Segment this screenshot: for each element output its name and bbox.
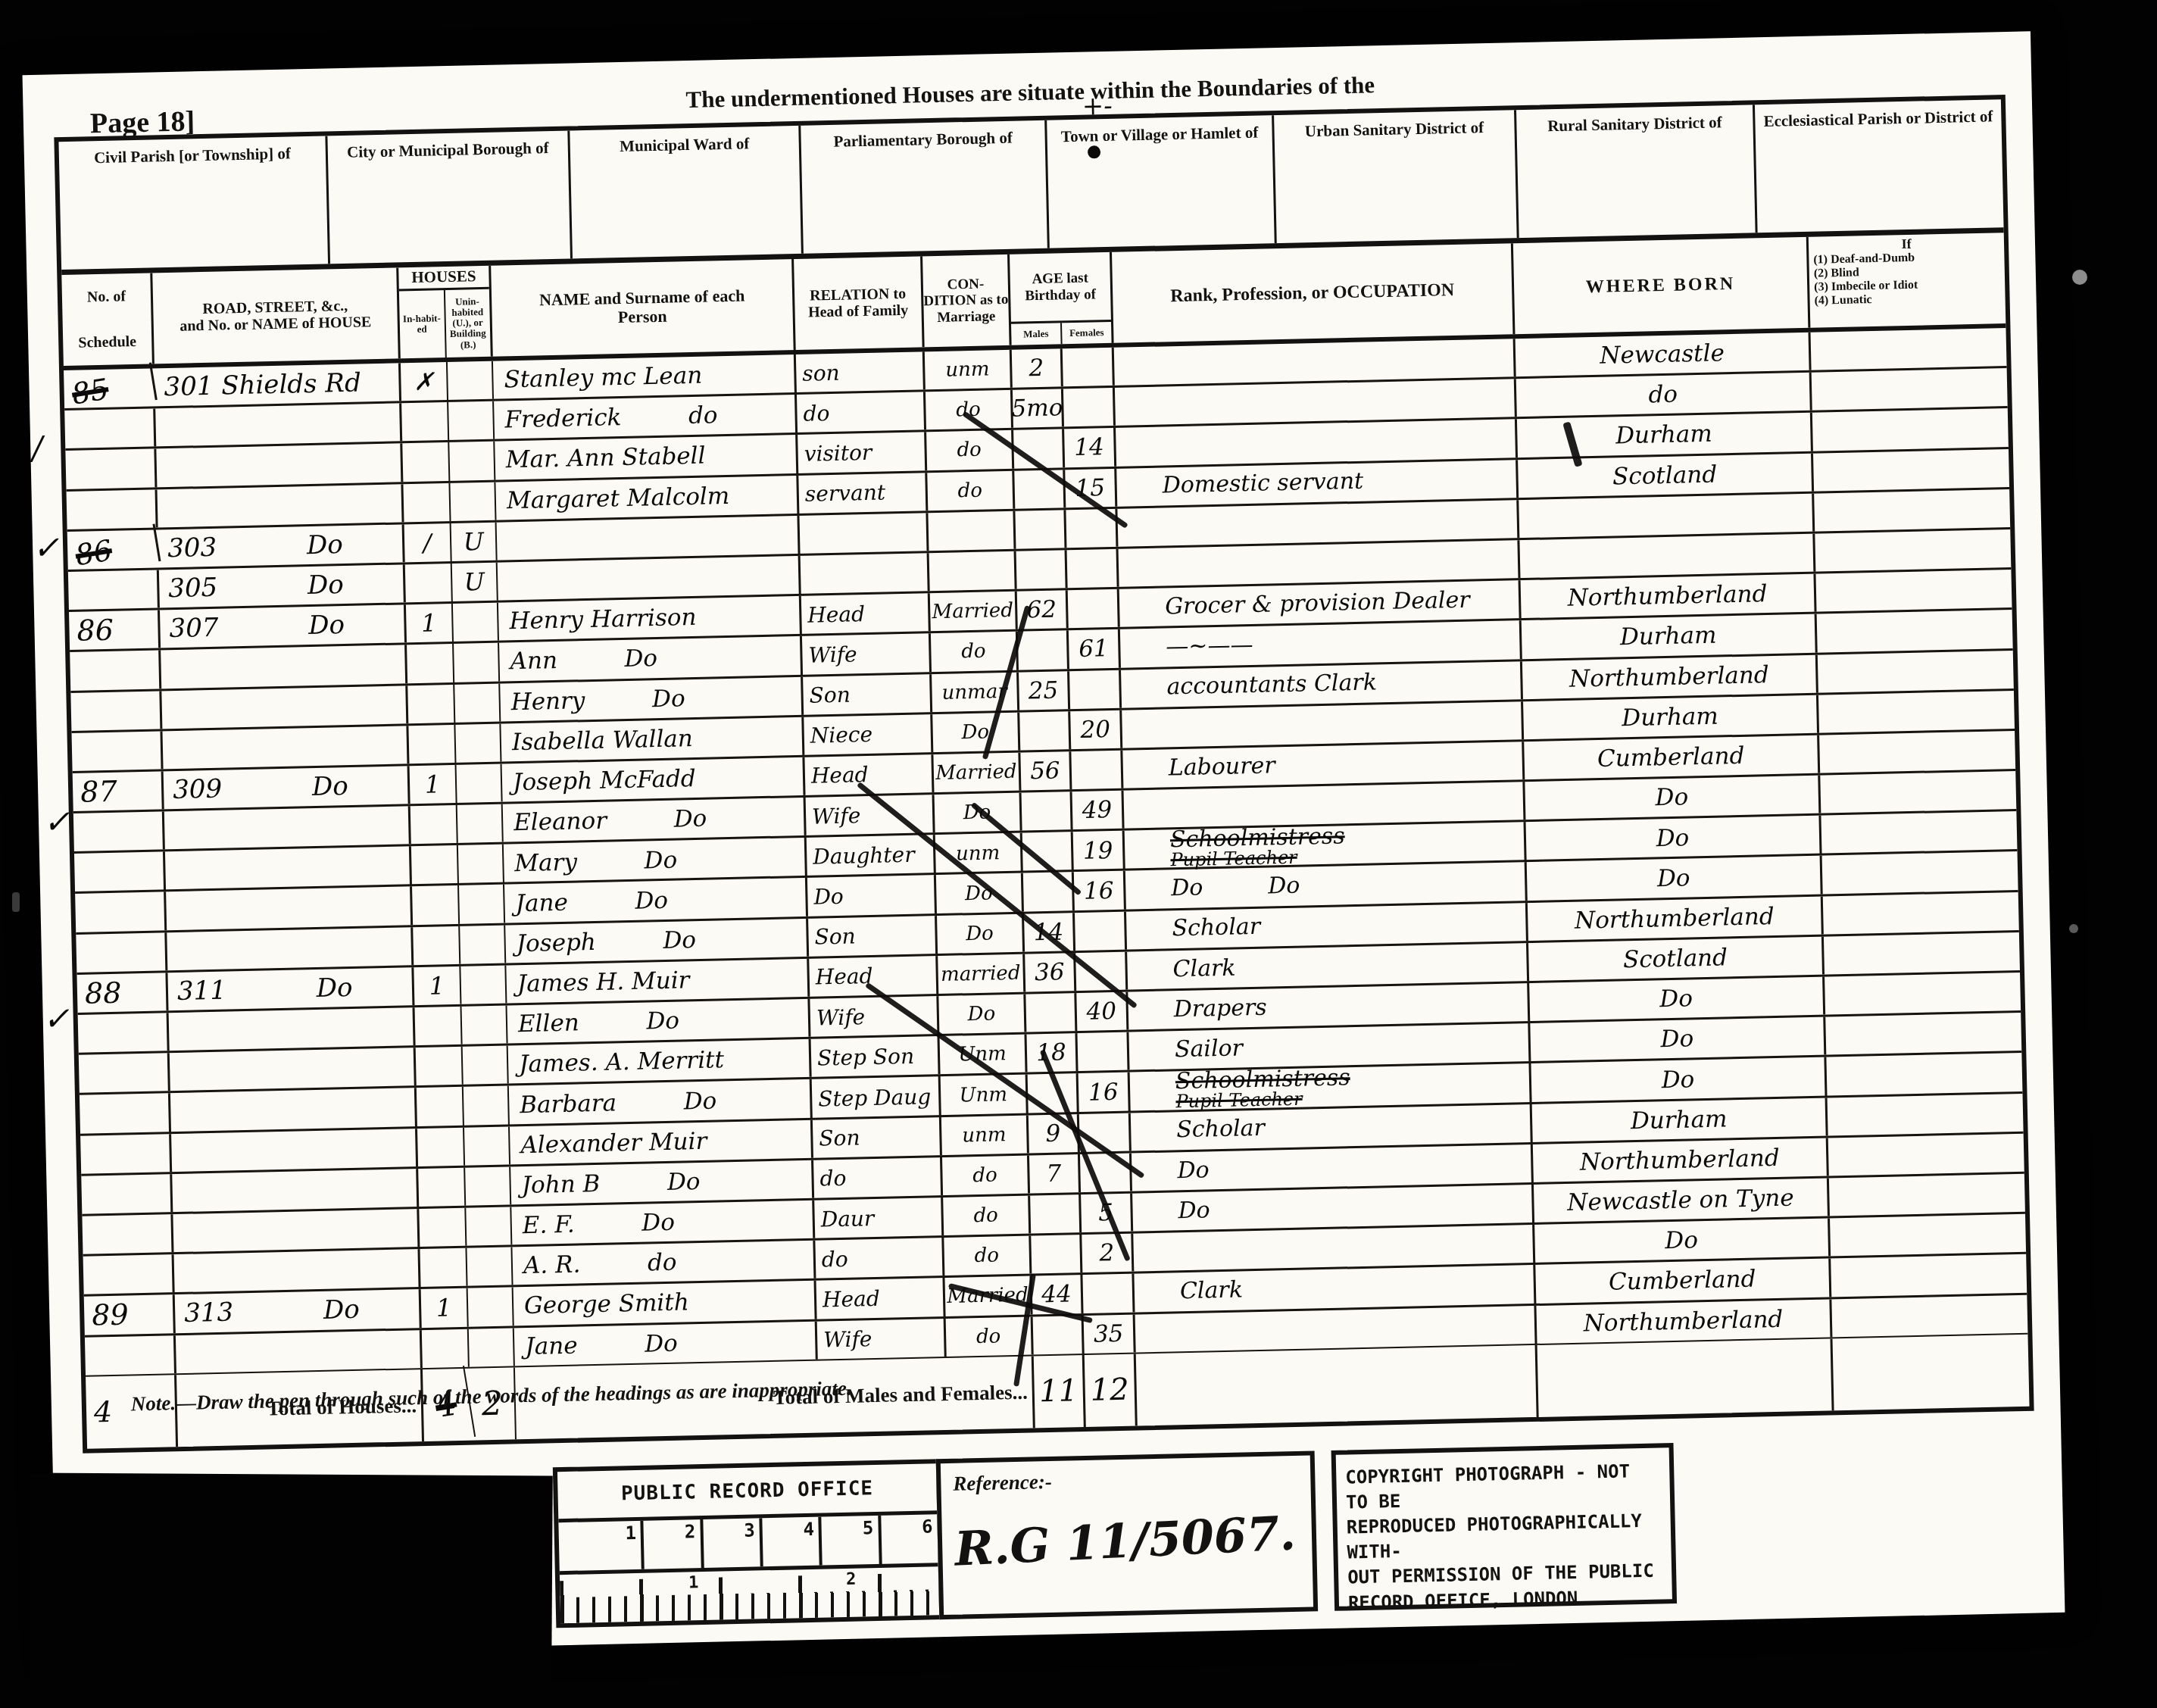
cell-where-born: Durham (1523, 695, 1819, 739)
cell-infirmity (1829, 1174, 2025, 1216)
cell-schedule (70, 691, 162, 731)
cell-uninhabited (454, 683, 501, 722)
cell-inhabited (407, 644, 454, 683)
cell-uninhabited (459, 885, 505, 923)
cell-inhabited: ✗ (401, 362, 448, 401)
cell-person-name (497, 516, 801, 560)
cell-road: 305 Do (159, 564, 406, 607)
cell-where-born: Scotland (1528, 936, 1825, 981)
cell-schedule (75, 892, 167, 932)
cell-age-female: 49 (1072, 791, 1125, 830)
cell-age-female (1075, 911, 1127, 951)
header-municipal-ward: Municipal Ward of (570, 126, 804, 259)
cell-relation: Head (816, 1278, 946, 1319)
cell-road (161, 645, 407, 689)
cell-infirmity (1818, 651, 2014, 693)
scan-blemish (12, 892, 20, 912)
cell-age-male: 56 (1020, 751, 1072, 791)
cell-schedule (81, 1174, 173, 1214)
cell-person-name (498, 556, 801, 601)
reference-label: Reference:- (953, 1465, 1299, 1496)
cell-infirmity (1831, 1294, 2027, 1337)
cell-road: 313 Do (175, 1289, 422, 1332)
cell-inhabited: 1 (410, 765, 457, 804)
header-ecclesiastical-parish: Ecclesiastical Parish or District of (1755, 99, 2004, 233)
cell-person-name: Ann Do (499, 636, 803, 681)
cell-uninhabited: U (451, 522, 498, 560)
cell-age-female: 14 (1064, 428, 1116, 467)
cell-where-born (1519, 534, 1815, 579)
cell-relation: do (813, 1157, 943, 1198)
cell-where-born: Scotland (1518, 453, 1814, 498)
cell-infirmity (1817, 610, 2013, 652)
cell-age-male: 7 (1029, 1154, 1081, 1194)
cell-road (165, 846, 412, 890)
pro-copyright-box: COPYRIGHT PHOTOGRAPH - NOT TO BE REPRODU… (1331, 1443, 1678, 1611)
pro-inch-scale: 1 2 3 4 5 6 (558, 1514, 938, 1575)
cell-age-female: 16 (1074, 871, 1126, 910)
cell-condition: Married (930, 592, 1018, 632)
cell-where-born: Durham (1532, 1098, 1828, 1142)
cell-road (171, 1129, 418, 1172)
totals-females: 12 (1085, 1354, 1138, 1426)
cell-uninhabited (464, 1086, 510, 1126)
cell-condition: do (944, 1236, 1032, 1276)
cell-schedule: 89 (84, 1294, 176, 1335)
cell-relation: Wife (810, 996, 939, 1037)
cell-age-male (1031, 1235, 1082, 1274)
cell-condition: unm (941, 1115, 1029, 1155)
col-condition: CON-DITION as to Marriage (922, 254, 1012, 347)
cell-where-born: Do (1527, 856, 1823, 901)
cell-infirmity (1826, 1053, 2022, 1096)
cell-occupation (1116, 420, 1518, 467)
cell-inhabited (408, 725, 456, 764)
pro-cm-ruler: 1 2 (560, 1566, 939, 1623)
cell-relation: Daughter (807, 835, 936, 876)
cell-person-name: Mary Do (504, 838, 807, 883)
col-males: Males (1011, 323, 1063, 345)
col-uninhabited: Unin-habited (U.), or Building (B.) (445, 289, 490, 358)
cell-condition (928, 511, 1016, 551)
cell-occupation (1123, 782, 1525, 829)
cell-where-born: Do (1526, 816, 1822, 861)
cell-road: 301 Shields Rd (155, 363, 401, 406)
cell-occupation: Do Do (1125, 863, 1528, 910)
cell-schedule: 88 (76, 973, 168, 1013)
cell-infirmity (1824, 932, 2020, 975)
cell-inhabited (418, 1168, 466, 1207)
cell-relation: Wife (817, 1318, 947, 1359)
cell-inhabited (416, 1047, 464, 1086)
col-name: NAME and Surname of each Person (491, 259, 796, 357)
cell-person-name: Joseph Do (505, 918, 809, 963)
cell-inhabited (415, 1007, 463, 1046)
cell-uninhabited (463, 1046, 509, 1085)
cell-road (156, 444, 403, 487)
cell-infirmity (1819, 731, 2015, 773)
cell-where-born: Do (1525, 776, 1821, 820)
cell-uninhabited (450, 482, 496, 520)
col-schedule: No. of Schedule (61, 273, 155, 366)
cell-where-born: Newcastle on Tyne (1534, 1178, 1830, 1222)
cell-inhabited (403, 483, 451, 523)
cell-relation: son (796, 351, 926, 392)
cell-schedule (80, 1094, 171, 1135)
cell-occupation: SchoolmistressPupil Teacher (1125, 822, 1527, 870)
cell-uninhabited (449, 442, 495, 480)
cell-relation: Son (808, 916, 938, 957)
cell-where-born: Cumberland (1535, 1259, 1831, 1304)
cell-inhabited (422, 1329, 470, 1368)
header-municipal-borough: City or Municipal Borough of (327, 130, 573, 264)
cell-person-name: A. R. do (512, 1241, 816, 1285)
cell-uninhabited (455, 723, 501, 762)
cell-age-female (1082, 1274, 1135, 1313)
pro-stamp: PUBLIC RECORD OFFICE 1 2 3 4 5 6 1 2 Ref… (553, 1443, 1677, 1628)
cell-where-born: Newcastle (1516, 333, 1812, 377)
cell-condition: do (942, 1155, 1030, 1195)
cell-age-male (1030, 1194, 1082, 1234)
cell-condition: do (943, 1195, 1031, 1235)
census-table: Civil Parish [or Township] of City or Mu… (54, 95, 2034, 1453)
cell-occupation: Drapers (1128, 983, 1530, 1030)
cell-relation: servant (798, 473, 928, 514)
cell-age-male (1015, 510, 1066, 549)
scanned-census-page: Page 18] The undermentioned Houses are s… (0, 0, 2157, 1708)
cell-relation: Do (807, 876, 937, 916)
cell-person-name: James. A. Merritt (508, 1039, 812, 1084)
cell-inhabited (417, 1087, 464, 1127)
cell-schedule (74, 852, 166, 893)
cell-relation: Step Son (811, 1036, 941, 1077)
cell-road (170, 1088, 417, 1132)
cell-person-name: James H. Muir (506, 959, 810, 1004)
cell-occupation (1119, 540, 1521, 587)
cell-where-born: Northumberland (1528, 896, 1824, 941)
cell-infirmity (1818, 691, 2015, 733)
cell-uninhabited (457, 804, 504, 843)
cell-condition: do (931, 632, 1019, 672)
cell-occupation (1114, 339, 1516, 386)
cell-age-male (1025, 993, 1077, 1032)
cell-age-male (1022, 792, 1073, 831)
cell-person-name: Henry Do (500, 676, 804, 721)
cell-road: 303 Do (158, 524, 405, 567)
cell-relation: Son (803, 674, 932, 715)
pro-reference-box: Reference:- R.G 11/5067. (936, 1450, 1319, 1619)
cell-where-born: Do (1531, 1057, 1827, 1103)
cell-age-female (1068, 589, 1120, 629)
cell-relation (801, 553, 930, 594)
margin-check: ✓ (33, 529, 60, 567)
cell-person-name: Margaret Malcolm (495, 476, 799, 520)
cell-road (173, 1209, 420, 1252)
reference-value: R.G 11/5067. (954, 1505, 1301, 1577)
cell-road (166, 887, 413, 930)
cell-schedule (83, 1254, 175, 1294)
col-age: AGE last Birthday of Males Females (1010, 252, 1114, 345)
cell-age-female: 61 (1069, 629, 1121, 669)
cell-road (170, 1048, 417, 1091)
margin-check: ✓ (43, 803, 70, 841)
cell-relation: Wife (802, 633, 932, 674)
cell-uninhabited (460, 965, 507, 1004)
cell-schedule (68, 570, 160, 610)
cell-where-born: Northumberland (1533, 1138, 1829, 1182)
cell-person-name: Jane Do (514, 1321, 818, 1366)
cell-occupation: Scholar (1131, 1104, 1533, 1151)
cell-schedule (85, 1335, 176, 1375)
cell-relation: do (815, 1238, 944, 1279)
cell-inhabited (402, 442, 450, 482)
cell-person-name: Stanley mc Lean (493, 354, 797, 399)
cell-occupation: Scholar (1126, 903, 1528, 950)
cell-inhabited: 1 (414, 966, 461, 1006)
cell-where-born: Northumberland (1522, 654, 1818, 699)
pro-ruler-box: PUBLIC RECORD OFFICE 1 2 3 4 5 6 1 2 (553, 1459, 944, 1628)
cell-inhabited (419, 1208, 467, 1247)
cell-person-name: Frederick do (494, 395, 798, 439)
cell-relation (799, 513, 929, 554)
cell-uninhabited (460, 925, 506, 963)
cell-infirmity (1811, 328, 2007, 370)
cell-age-male: 14 (1024, 913, 1075, 952)
cell-uninhabited (467, 1247, 513, 1286)
cell-age-female (1069, 670, 1122, 709)
col-relation: RELATION to Head of Family (794, 256, 925, 350)
cell-road (169, 1007, 416, 1051)
cell-age-female (1075, 951, 1128, 991)
cell-infirmity (1821, 811, 2017, 854)
cell-schedule (72, 731, 164, 771)
cell-uninhabited (468, 1288, 514, 1326)
cell-schedule: 87 (73, 771, 164, 811)
cell-relation: Step Daug (812, 1076, 941, 1118)
cell-person-name: Joseph McFadd (502, 757, 806, 802)
cell-condition: do (927, 470, 1015, 511)
cell-infirmity (1815, 529, 2011, 572)
cell-age-female (1071, 751, 1123, 790)
cell-road (161, 685, 408, 729)
cell-road: 309 Do (164, 766, 410, 809)
cell-occupation (1117, 500, 1519, 547)
cell-relation: Daur (814, 1197, 944, 1238)
cell-road (162, 726, 409, 769)
cell-relation: do (797, 392, 926, 432)
cell-infirmity (1828, 1093, 2024, 1135)
cell-age-female (1079, 1113, 1132, 1152)
cell-occupation: SchoolmistressPupil Teacher (1130, 1063, 1532, 1111)
col-road: ROAD, STREET, &c., and No. or NAME of HO… (152, 267, 401, 364)
cell-uninhabited (469, 1328, 515, 1366)
cell-age-male (1023, 873, 1075, 912)
header-rural-sanitary: Rural Sanitary District of (1516, 105, 1758, 238)
pro-office-name: PUBLIC RECORD OFFICE (557, 1463, 937, 1522)
cell-condition: Do (937, 913, 1025, 954)
cell-age-male: 5mo (1013, 389, 1064, 428)
cell-age-male (1018, 631, 1069, 670)
cell-schedule (80, 1134, 172, 1174)
cell-uninhabited (448, 401, 495, 440)
cell-schedule (78, 1013, 170, 1053)
cell-age-male (1033, 1316, 1085, 1355)
cell-schedule: 86 (65, 523, 161, 576)
cell-occupation: Clark (1134, 1265, 1536, 1312)
cell-age-female: 16 (1078, 1073, 1131, 1113)
cell-road (174, 1249, 421, 1292)
cell-inhabited (401, 402, 449, 442)
cell-condition: married (938, 954, 1025, 994)
cell-where-born: Do (1530, 1017, 1826, 1062)
cell-inhabited (405, 564, 453, 603)
cell-schedule (82, 1214, 173, 1254)
header-parliamentary-borough: Parliamentary Borough of (801, 120, 1050, 254)
cell-person-name: Henry Harrison (498, 596, 802, 641)
cell-person-name: E. F. Do (511, 1201, 815, 1245)
cell-infirmity (1825, 973, 2021, 1015)
cell-age-male: 2 (1012, 348, 1063, 388)
cell-occupation (1122, 701, 1524, 748)
margin-check: ✓ (42, 1000, 70, 1038)
cell-schedule (76, 932, 167, 973)
cell-road (172, 1169, 419, 1212)
cell-age-male (1016, 550, 1068, 589)
totals-males: 11 (1034, 1355, 1086, 1428)
cell-where-born: Northumberland (1536, 1299, 1832, 1344)
cell-where-born: Do (1529, 977, 1825, 1022)
cell-occupation: Do (1132, 1144, 1534, 1191)
cell-where-born: Northumberland (1521, 574, 1817, 619)
cell-condition: Unm (941, 1075, 1029, 1116)
cell-uninhabited (454, 643, 500, 682)
paper-sheet: Page 18] The undermentioned Houses are s… (23, 31, 2065, 1656)
cell-uninhabited (465, 1166, 511, 1205)
cell-occupation (1133, 1225, 1535, 1272)
col-houses: HOUSES In-habit-ed Unin-habited (U.), or… (398, 266, 493, 359)
cell-uninhabited (453, 603, 499, 642)
cell-uninhabited (464, 1126, 510, 1165)
cell-infirmity (1830, 1214, 2026, 1257)
cell-road (155, 404, 402, 447)
cell-occupation: Sailor (1128, 1023, 1531, 1070)
header-civil-parish: Civil Parish [or Township] of (58, 136, 330, 270)
cell-uninhabited: U (452, 563, 498, 601)
header-urban-sanitary: Urban Sanitary District of (1274, 110, 1519, 243)
cell-person-name: Ellen Do (507, 999, 810, 1044)
cell-road (176, 1330, 423, 1373)
cell-inhabited: 1 (421, 1288, 469, 1328)
cell-inhabited (412, 885, 460, 925)
cell-relation: Son (813, 1117, 942, 1158)
cell-person-name: Mar. Ann Stabell (495, 435, 798, 479)
cell-occupation: Grocer & provision Dealer (1119, 580, 1522, 627)
scan-black-corner (29, 1472, 553, 1695)
cell-age-female (1063, 388, 1116, 427)
cell-schedule (64, 409, 156, 449)
cell-condition: unm (925, 350, 1013, 390)
cell-age-male: 18 (1026, 1033, 1078, 1073)
cell-condition: Do (938, 995, 1026, 1035)
cell-inhabited (411, 845, 459, 885)
col-females: Females (1062, 322, 1112, 344)
cell-infirmity (1823, 892, 2019, 935)
cell-occupation: Clark (1127, 943, 1529, 990)
cell-uninhabited (457, 763, 503, 802)
cell-person-name: Barbara Do (509, 1079, 813, 1125)
cell-inhabited: / (404, 523, 452, 563)
cell-condition (929, 551, 1017, 592)
cell-age-female (1077, 1032, 1129, 1072)
cell-road (158, 484, 404, 527)
cell-infirmity (1822, 851, 2018, 894)
cell-relation: Head (801, 593, 931, 634)
cell-inhabited (417, 1127, 465, 1166)
cell-occupation: —~—— (1120, 620, 1522, 667)
cell-occupation: Domestic servant (1116, 460, 1519, 507)
col-occupation: Rank, Profession, or OCCUPATION (1112, 243, 1515, 343)
cell-person-name: Eleanor Do (503, 798, 807, 842)
cell-infirmity (1828, 1134, 2024, 1176)
cell-infirmity (1831, 1254, 2027, 1297)
cell-occupation (1115, 379, 1517, 426)
cell-uninhabited (462, 1006, 508, 1044)
cell-age-female: 19 (1073, 831, 1125, 871)
cell-occupation: accountants Clark (1121, 661, 1523, 708)
cell-relation: Niece (804, 714, 933, 755)
cell-schedule (65, 449, 157, 489)
cell-person-name: Alexander Muir (510, 1119, 813, 1164)
cell-infirmity (1814, 489, 2010, 532)
cell-schedule: 86 (69, 610, 161, 651)
cell-road: 311 Do (167, 967, 414, 1010)
cell-inhabited (413, 926, 460, 965)
cell-person-name: John B Do (510, 1160, 814, 1204)
col-where-born: WHERE BORN (1513, 237, 1811, 334)
cell-schedule (67, 489, 158, 529)
cell-infirmity (1815, 570, 2012, 612)
cell-road (164, 806, 411, 849)
table-body: 85301 Shields Rd✗Stanley mc Leansonunm2N… (64, 328, 2027, 1375)
punch-hole (2069, 924, 2078, 933)
cell-condition: Do (932, 712, 1020, 752)
cell-uninhabited (466, 1207, 512, 1245)
cell-occupation: Labourer (1122, 742, 1525, 788)
cell-age-female (1067, 549, 1119, 589)
cell-condition: Married (933, 753, 1021, 793)
cell-schedule (73, 811, 165, 851)
cell-inhabited (410, 805, 458, 845)
cell-road: 307 Do (160, 604, 407, 648)
punch-hole (2072, 270, 2087, 285)
cell-relation: visitor (798, 432, 927, 473)
cell-age-female: 20 (1070, 710, 1122, 749)
cell-condition: do (926, 390, 1013, 430)
margin-tick: / (32, 429, 43, 467)
cell-person-name: Jane Do (504, 878, 808, 923)
cell-schedule (79, 1053, 170, 1093)
col-infirmity: If (1) Deaf-and-Dumb (2) Blind (3) Imbec… (1809, 233, 2006, 328)
cell-infirmity (1825, 1013, 2021, 1055)
cell-inhabited (420, 1248, 467, 1288)
cell-road (167, 927, 414, 970)
cell-where-born: Durham (1517, 413, 1813, 457)
cell-infirmity (1813, 449, 2009, 492)
cell-uninhabited (458, 845, 504, 885)
cell-inhabited (407, 684, 455, 723)
cell-infirmity (1812, 368, 2008, 411)
cell-person-name: Isabella Wallan (501, 717, 804, 762)
